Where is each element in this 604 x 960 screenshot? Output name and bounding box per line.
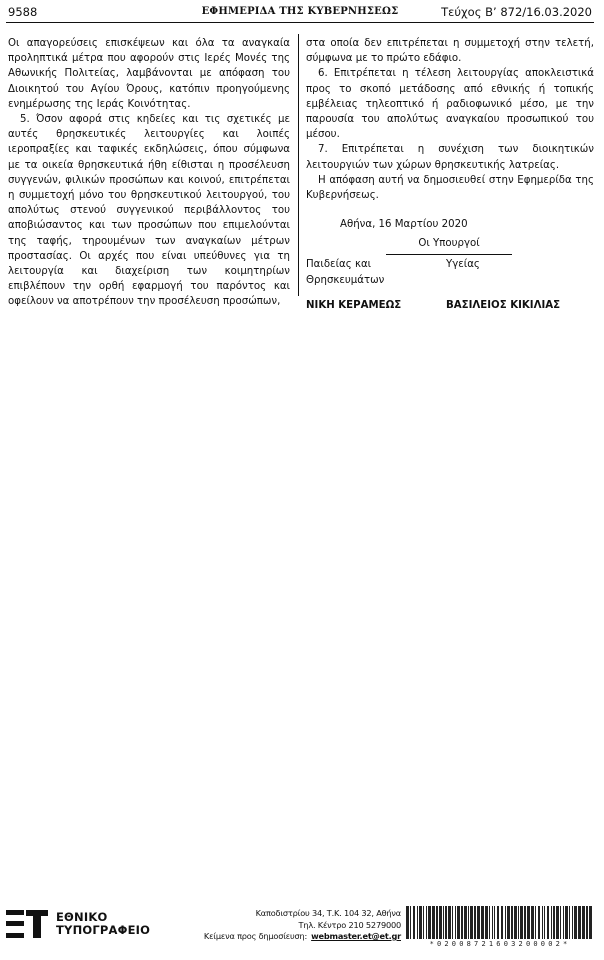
paragraph-broadcast: 6. Επιτρέπεται η τέλεση λειτουργίας αποκ… <box>306 66 594 142</box>
footer-submission-label: Κείμενα προς δημοσίευση: <box>204 931 307 941</box>
issue-number: Τεύχος Β’ 872/16.03.2020 <box>441 5 592 19</box>
paragraph-continuation: στα οποία δεν επιτρέπεται η συμμετοχή στ… <box>306 36 594 66</box>
column-divider <box>298 34 299 296</box>
paragraph-publication: Η απόφαση αυτή να δημοσιευθεί στην Εφημε… <box>306 173 594 203</box>
signing-date: Αθήνα, 16 Μαρτίου 2020 <box>306 217 594 232</box>
footer-contact: Καποδιστρίου 34, Τ.Κ. 104 32, Αθήνα Τηλ.… <box>204 908 401 943</box>
ministry-education: Παιδείας και Θρησκευμάτων <box>306 257 446 287</box>
signatory-names: ΝΙΚΗ ΚΕΡΑΜΕΩΣ ΒΑΣΙΛΕΙΟΣ ΚΙΚΙΛΙΑΣ <box>306 298 594 313</box>
logo-line-2: ΤΥΠΟΓΡΑΦΕΙΟ <box>56 924 150 937</box>
paragraph-mount-athos: Οι απαγορεύσεις επισκέψεων και όλα τα αν… <box>8 36 290 112</box>
footer-phone: Τηλ. Κέντρο 210 5279000 <box>204 920 401 932</box>
paragraph-administrative: 7. Επιτρέπεται η συνέχιση των διοικητικώ… <box>306 142 594 172</box>
signatory-education: ΝΙΚΗ ΚΕΡΑΜΕΩΣ <box>306 298 446 313</box>
ministers-label: Οι Υπουργοί <box>386 236 512 254</box>
footer-email-link[interactable]: webmaster.et@et.gr <box>311 931 401 941</box>
left-column: Οι απαγορεύσεις επισκέψεων και όλα τα αν… <box>8 36 290 310</box>
paragraph-funerals: 5. Όσον αφορά στις κηδείες και τις σχετι… <box>8 112 290 310</box>
barcode-icon <box>406 906 594 939</box>
national-printing-office-logo: ΕΘΝΙΚΟ ΤΥΠΟΓΡΑΦΕΙΟ <box>6 910 150 938</box>
ministries-row: Παιδείας και Θρησκευμάτων Υγείας <box>306 257 594 287</box>
signatory-health: ΒΑΣΙΛΕΙΟΣ ΚΙΚΙΛΙΑΣ <box>446 298 560 313</box>
page-header: 9588 ΕΦΗΜΕΡΙΔΑ ΤΗΣ ΚΥΒΕΡΝΗΣΕΩΣ Τεύχος Β’… <box>6 2 594 23</box>
ministry-health: Υγείας <box>446 257 480 287</box>
et-logo-icon <box>6 910 48 938</box>
footer-address: Καποδιστρίου 34, Τ.Κ. 104 32, Αθήνα <box>204 908 401 920</box>
ministers-heading: Οι Υπουργοί <box>306 236 594 253</box>
right-column: στα οποία δεν επιτρέπεται η συμμετοχή στ… <box>306 36 594 313</box>
barcode: *02008721603200002* <box>406 906 594 946</box>
barcode-number: *02008721603200002* <box>406 940 594 948</box>
